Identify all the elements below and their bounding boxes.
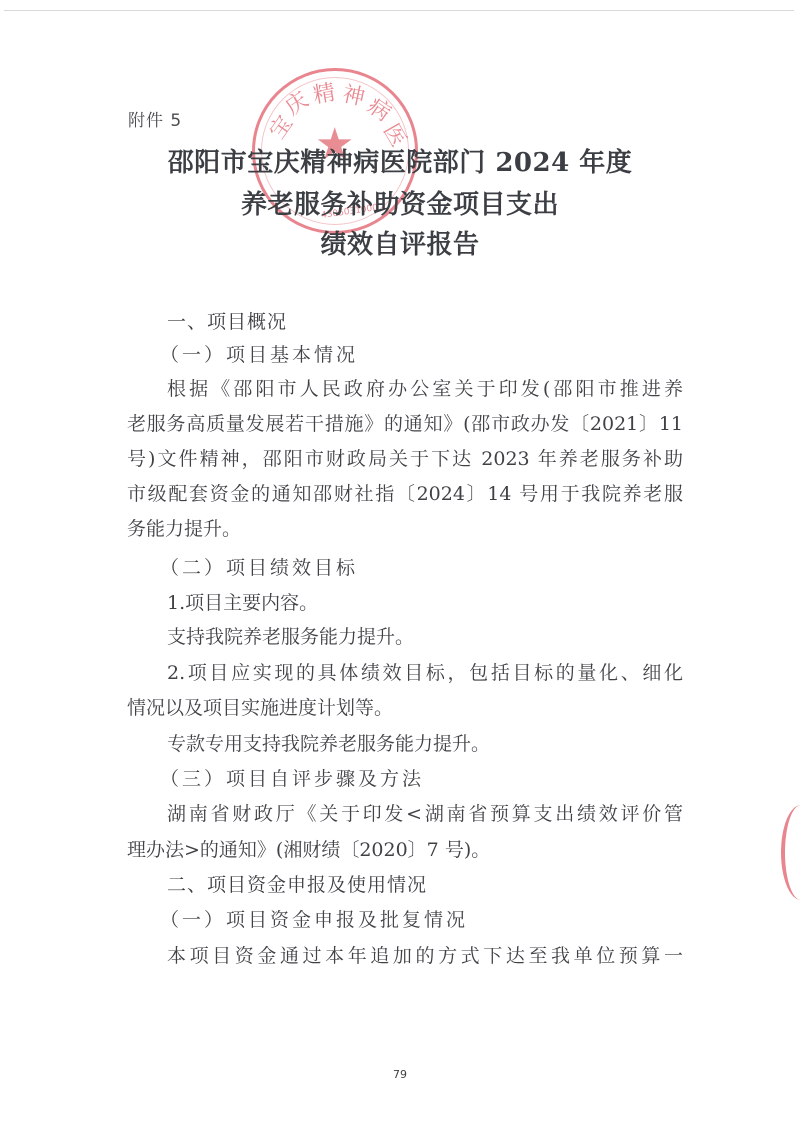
subsection-heading: （一）项目资金申报及批复情况 bbox=[160, 908, 676, 932]
subsection-heading: （二）项目绩效目标 bbox=[160, 556, 676, 580]
body-text-line: 理办法>的通知》(湘财绩〔2020〕7 号)。 bbox=[127, 838, 683, 862]
body-text-line: 根据《邵阳市人民政府办公室关于印发(邵阳市推进养 bbox=[167, 377, 683, 401]
body-text-line: 情况以及项目实施进度计划等。 bbox=[127, 696, 683, 720]
body-text-line: 本项目资金通过本年追加的方式下达至我单位预算一 bbox=[167, 944, 683, 968]
body-text-line: 专款专用支持我院养老服务能力提升。 bbox=[167, 732, 683, 756]
section-heading: 二、项目资金申报及使用情况 bbox=[167, 873, 683, 897]
section-heading: 一、项目概况 bbox=[167, 310, 683, 334]
seal-char: 精 bbox=[310, 75, 337, 109]
seam-seal-stamp-partial bbox=[781, 805, 800, 900]
seal-char: 庆 bbox=[278, 83, 314, 121]
body-text-line: 支持我院养老服务能力提升。 bbox=[167, 625, 683, 649]
document-title-line-1: 邵阳市宝庆精神病医院部门 2024 年度 bbox=[0, 142, 800, 179]
page-number: 79 bbox=[0, 1068, 800, 1081]
attachment-label: 附件 5 bbox=[128, 106, 182, 131]
document-title-line-2: 养老服务补助资金项目支出 bbox=[0, 184, 800, 221]
seal-char: 神 bbox=[340, 77, 368, 112]
subsection-heading: （三）项目自评步骤及方法 bbox=[160, 767, 676, 791]
body-text-line: 1.项目主要内容。 bbox=[167, 591, 683, 615]
body-text-line: 2.项目应实现的具体绩效目标，包括目标的量化、细化 bbox=[167, 661, 683, 685]
body-text-line: 湖南省财政厅《关于印发<湖南省预算支出绩效评价管 bbox=[167, 802, 683, 826]
body-text-line: 老服务高质量发展若干措施》的通知》(邵市政办发〔2021〕11 bbox=[127, 412, 683, 436]
subsection-heading: （一）项目基本情况 bbox=[160, 343, 676, 367]
seal-char: 病 bbox=[362, 89, 398, 127]
body-text-line: 号)文件精神，邵阳市财政局关于下达 2023 年养老服务补助 bbox=[127, 447, 683, 471]
seal-char: 宝 bbox=[261, 109, 299, 145]
document-title-line-3: 绩效自评报告 bbox=[0, 224, 800, 261]
scan-top-edge-line bbox=[4, 10, 794, 11]
body-text-line: 市级配套资金的通知邵财社指〔2024〕14 号用于我院养老服 bbox=[127, 482, 683, 506]
body-text-line: 务能力提升。 bbox=[127, 517, 683, 541]
